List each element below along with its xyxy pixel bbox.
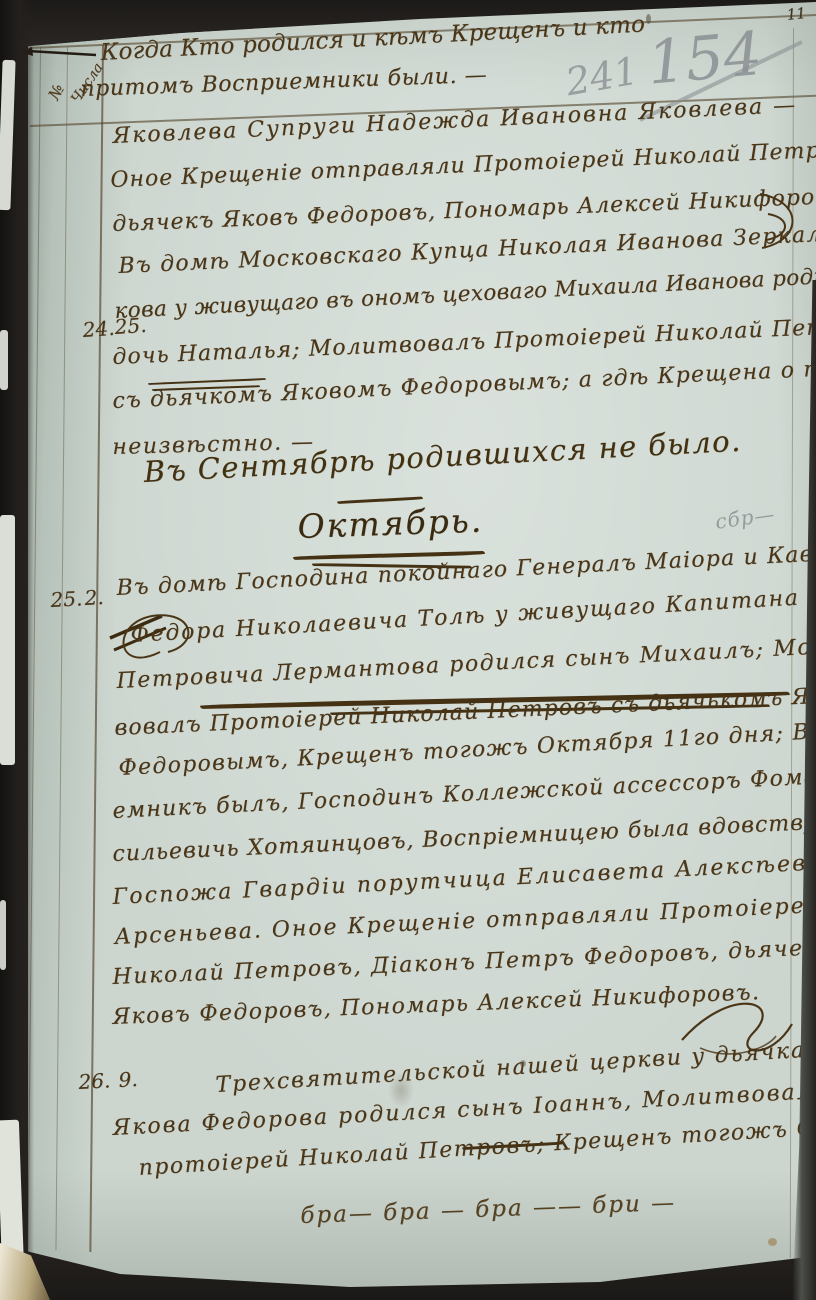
paper-speck-1 [768,1238,777,1246]
entry26-day: 9. [118,1069,138,1090]
entry26-number: 26. [78,1070,111,1092]
paper-speck-3 [646,14,651,24]
paper-speck-2 [520,1060,526,1067]
adjacent-page-edge-4 [0,900,6,970]
adjacent-page-edge-3 [0,515,15,765]
folio-number: 11 [786,6,807,23]
adjacent-page-edge-2 [0,330,8,390]
october-heading: Октябрь. [297,504,484,543]
paper-stain [388,1072,414,1108]
entry24-number: 24. [82,318,115,340]
scanned-parish-register: { "page": { "folio_number": "11", "penci… [0,0,816,1300]
entry25-number: 25. [50,588,83,610]
